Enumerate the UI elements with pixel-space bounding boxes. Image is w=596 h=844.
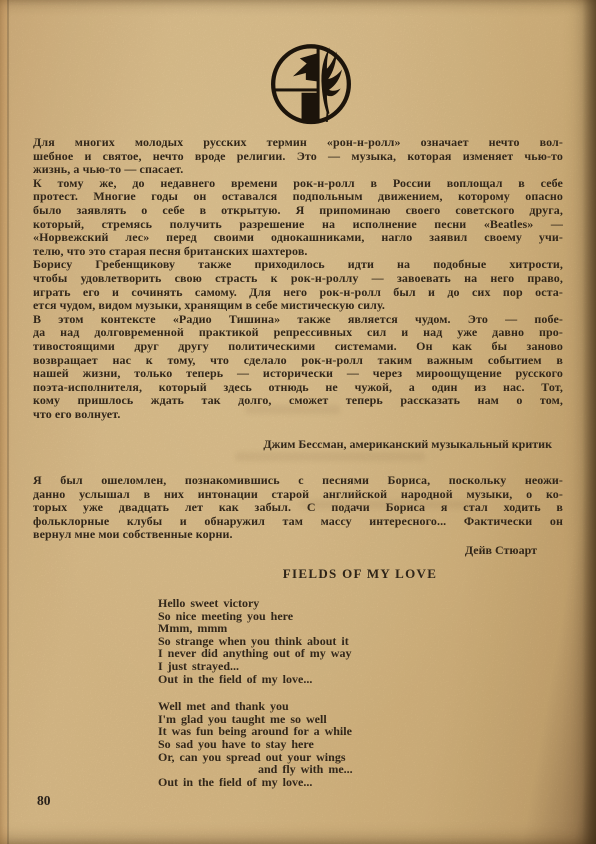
text-line: телю, что это старая песня британских ша… bbox=[33, 245, 563, 259]
text-line: «Норвежский лес» перед своими однокашник… bbox=[33, 231, 563, 245]
text-line: шебное и святое, нечто вроде религии. Эт… bbox=[33, 150, 563, 164]
page-right-edge-shadow bbox=[582, 0, 596, 844]
lyric-line: Mmm, mmm bbox=[158, 622, 353, 635]
text-line: ется чудом, видом музыки, хранящим в себ… bbox=[33, 299, 563, 313]
lyric-line: Well met and thank you bbox=[158, 700, 353, 713]
text-line: возвращает нас к тому, что сделало рок-н… bbox=[33, 354, 563, 368]
text-line: да над долговременной практикой репресси… bbox=[33, 326, 563, 340]
text-line: жизнь, а чью-то — спасает. bbox=[33, 163, 563, 177]
lyric-line: Hello sweet victory bbox=[158, 597, 353, 610]
lyric-line: Out in the field of my love... bbox=[158, 776, 353, 789]
page-left-edge bbox=[0, 0, 7, 844]
publisher-logo-icon bbox=[268, 41, 354, 129]
song-lyrics: Hello sweet victory So nice meeting you … bbox=[158, 597, 353, 803]
bleedthrough-artifact bbox=[235, 452, 425, 461]
song-stanza: Hello sweet victory So nice meeting you … bbox=[158, 597, 353, 685]
text-line: чтобы удовлетворить свою страсть к рок-н… bbox=[33, 272, 563, 286]
scanned-book-page: Для многих молодых русских термин «рон-н… bbox=[0, 0, 596, 844]
text-line: кому пришлось ждать так долго, сможет те… bbox=[33, 394, 563, 408]
text-line: Я был ошеломлен, познакомившись с песням… bbox=[33, 474, 563, 488]
text-line: данно услышал в них интонации старой анг… bbox=[33, 488, 563, 502]
text-line: вернул мне мои собственные корни. bbox=[33, 528, 563, 542]
text-line: нашей жизни, только теперь — исторически… bbox=[33, 367, 563, 381]
text-line: В этом контексте «Радио Тишина» также яв… bbox=[33, 313, 563, 327]
text-line: Для многих молодых русских термин «рон-н… bbox=[33, 136, 563, 150]
attribution-jim-bessman: Джим Бессман, американский музыкальный к… bbox=[33, 437, 563, 451]
text-line: было заявлять о себе в открытую. Я припо… bbox=[33, 204, 563, 218]
text-line: играть его и сочинять самому. Для него р… bbox=[33, 286, 563, 300]
paragraph: Борису Гребенщикову также приходилось ид… bbox=[33, 258, 563, 312]
paragraph: К тому же, до недавнего времени рок-н-ро… bbox=[33, 177, 563, 259]
lyric-line: and fly with me... bbox=[158, 763, 353, 776]
intro-paragraphs: Для многих молодых русских термин «рон-н… bbox=[33, 136, 563, 421]
song-title: FIELDS OF MY LOVE bbox=[200, 566, 520, 581]
lyric-line: So sad you have to stay here bbox=[158, 738, 353, 751]
page-crease-line bbox=[7, 0, 9, 844]
text-line: Борису Гребенщикову также приходилось ид… bbox=[33, 258, 563, 272]
song-stanza: Well met and thank you I'm glad you taug… bbox=[158, 700, 353, 788]
text-line: поэта-исполнителя, который здесь отнюдь … bbox=[33, 381, 563, 395]
text-line: протест. Многие годы он оставался подпол… bbox=[33, 190, 563, 204]
attribution-dave-stewart: Дейв Стюарт bbox=[33, 543, 563, 557]
text-line: торых уже двадцать лет как забыл. С пода… bbox=[33, 501, 563, 515]
paragraph: Для многих молодых русских термин «рон-н… bbox=[33, 136, 563, 177]
lyric-line: Out in the field of my love... bbox=[158, 673, 353, 686]
paragraph: В этом контексте «Радио Тишина» также яв… bbox=[33, 313, 563, 422]
page-number: 80 bbox=[37, 794, 51, 808]
text-line: что его волнует. bbox=[33, 408, 563, 422]
text-line: тивостоящими друг другу политическими си… bbox=[33, 340, 563, 354]
text-line: который, стремясь получить разрешение на… bbox=[33, 218, 563, 232]
text-line: К тому же, до недавнего времени рок-н-ро… bbox=[33, 177, 563, 191]
text-line: фольклорные клубы и обнаружил там массу … bbox=[33, 515, 563, 529]
lyric-line: I just strayed... bbox=[158, 660, 353, 673]
quote-paragraph: Я был ошеломлен, познакомившись с песням… bbox=[33, 474, 563, 542]
